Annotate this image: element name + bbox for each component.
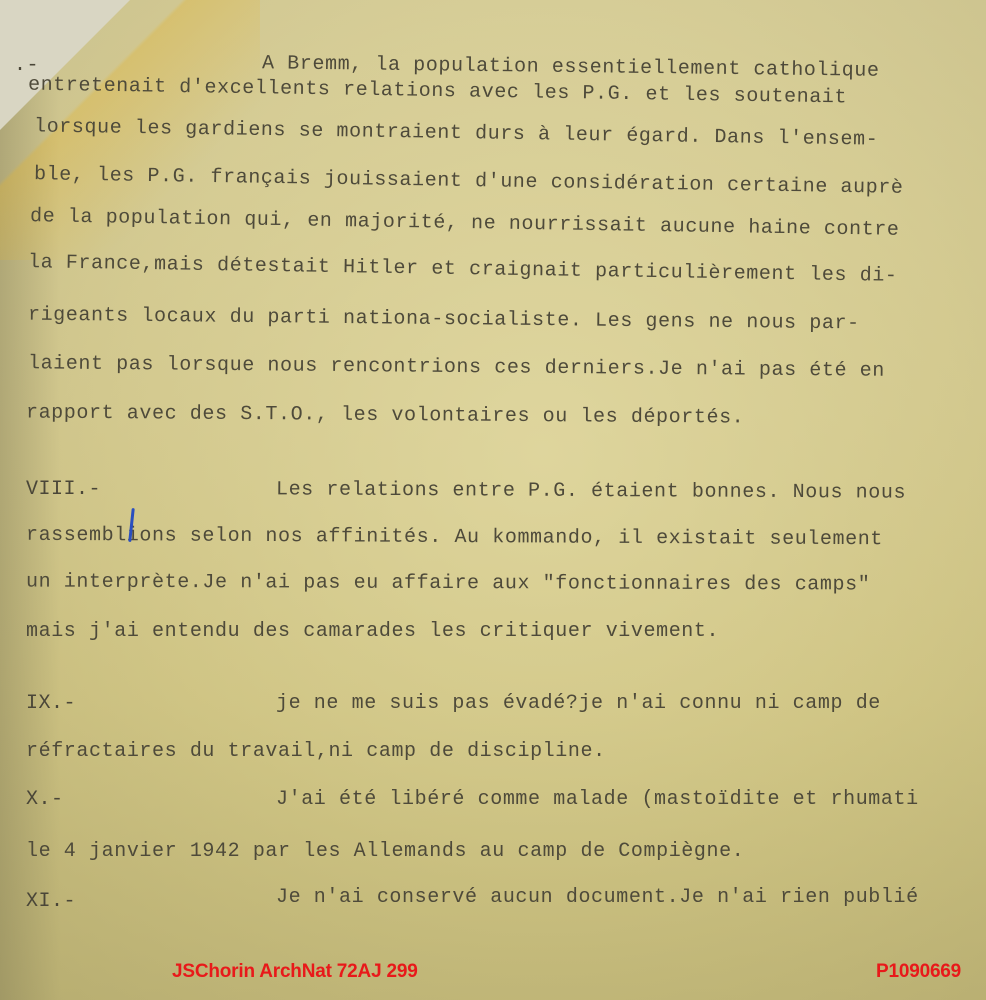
text-line: je ne me suis pas évadé?je n'ai connu ni… (276, 692, 881, 715)
text-line: Les relations entre P.G. étaient bonnes.… (276, 478, 906, 504)
text-line: rassemblions selon nos affinités. Au kom… (26, 524, 883, 551)
section-number: VIII.- (26, 478, 101, 501)
text-line: un interprète.Je n'ai pas eu affaire aux… (26, 571, 870, 597)
section-number: IX.- (26, 692, 76, 715)
archive-label: JSChorin ArchNat 72AJ 299 (172, 961, 418, 983)
text-line: Je n'ai conservé aucun document.Je n'ai … (276, 886, 919, 909)
section-number: X.- (26, 788, 64, 811)
photo-id: P1090669 (876, 961, 961, 983)
text-line: mais j'ai entendu des camarades les crit… (26, 620, 719, 643)
text-line: réfractaires du travail,ni camp de disci… (26, 740, 606, 763)
text-line: J'ai été libéré comme malade (mastoïdite… (276, 788, 919, 811)
section-number: XI.- (26, 890, 76, 913)
text-line: le 4 janvier 1942 par les Allemands au c… (26, 840, 744, 863)
